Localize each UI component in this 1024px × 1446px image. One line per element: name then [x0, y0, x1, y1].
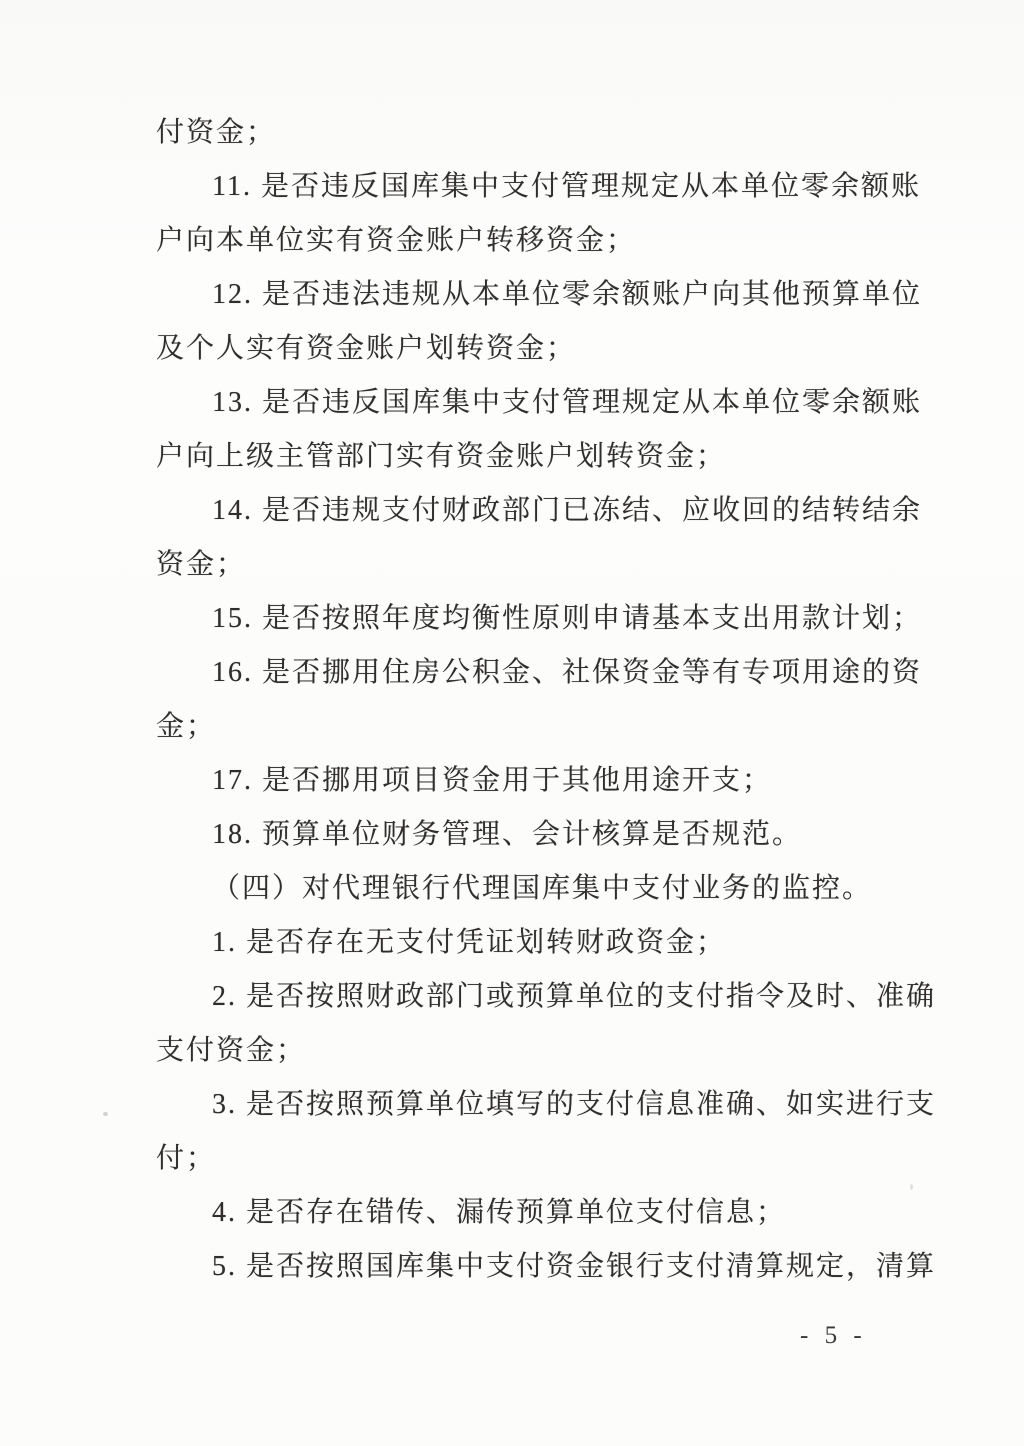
doc-line: 及个人实有资金账户划转资金；: [156, 322, 876, 376]
doc-line: 金；: [156, 700, 876, 754]
doc-line: 户向上级主管部门实有资金账户划转资金；: [156, 430, 876, 484]
doc-line: 14. 是否违规支付财政部门已冻结、应收回的结转结余: [156, 484, 876, 538]
doc-line: 11. 是否违反国库集中支付管理规定从本单位零余额账: [156, 160, 876, 214]
doc-line: 付资金；: [156, 106, 876, 160]
doc-line: 4. 是否存在错传、漏传预算单位支付信息；: [156, 1186, 876, 1240]
document-page: 付资金； 11. 是否违反国库集中支付管理规定从本单位零余额账 户向本单位实有资…: [0, 0, 1024, 1446]
doc-line: 5. 是否按照国库集中支付资金银行支付清算规定，清算: [156, 1240, 876, 1294]
doc-line: 付；: [156, 1132, 876, 1186]
scan-speck: [103, 1112, 108, 1116]
doc-line: 支付资金；: [156, 1024, 876, 1078]
doc-line: 16. 是否挪用住房公积金、社保资金等有专项用途的资: [156, 646, 876, 700]
doc-line: 12. 是否违法违规从本单位零余额账户向其他预算单位: [156, 268, 876, 322]
doc-line: 1. 是否存在无支付凭证划转财政资金；: [156, 916, 876, 970]
doc-line: 13. 是否违反国库集中支付管理规定从本单位零余额账: [156, 376, 876, 430]
page-number: - 5 -: [800, 1322, 867, 1350]
document-body: 付资金； 11. 是否违反国库集中支付管理规定从本单位零余额账 户向本单位实有资…: [156, 106, 876, 1294]
doc-line: 3. 是否按照预算单位填写的支付信息准确、如实进行支: [156, 1078, 876, 1132]
doc-line: 18. 预算单位财务管理、会计核算是否规范。: [156, 808, 876, 862]
doc-line: 资金；: [156, 538, 876, 592]
doc-line: 15. 是否按照年度均衡性原则申请基本支出用款计划；: [156, 592, 876, 646]
scan-speck: [910, 1184, 913, 1190]
doc-line: 2. 是否按照财政部门或预算单位的支付指令及时、准确: [156, 970, 876, 1024]
doc-line: 17. 是否挪用项目资金用于其他用途开支；: [156, 754, 876, 808]
doc-line: （四）对代理银行代理国库集中支付业务的监控。: [156, 862, 876, 916]
doc-line: 户向本单位实有资金账户转移资金；: [156, 214, 876, 268]
